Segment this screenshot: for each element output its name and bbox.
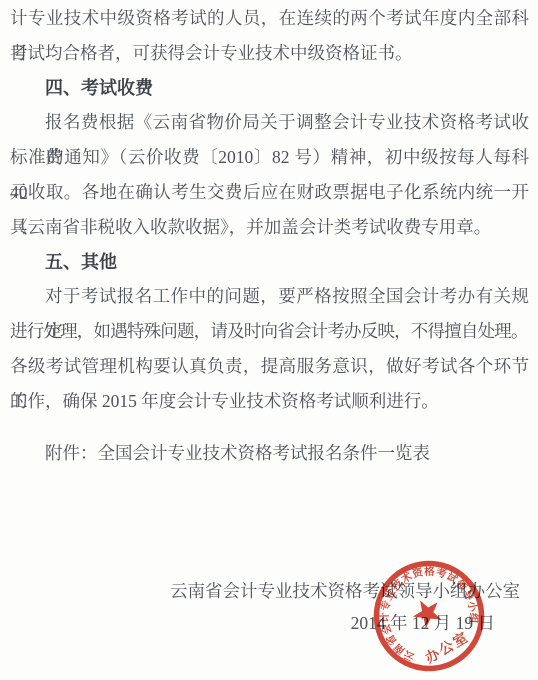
- body-line: 报名费根据《云南省物价局关于调整会计专业技术资格考试收费: [10, 105, 529, 140]
- issuing-office-signature: 云南省会计专业技术资格考试领导小组办公室: [170, 578, 520, 603]
- body-line: 考试均合格者，可获得会计专业技术中级资格证书。: [10, 36, 529, 71]
- body-line: 标准的通知》（云价收费〔2010〕82 号）精神，初中级按每人每科 40: [10, 140, 529, 175]
- body-line: 各级考试管理机构要认真负责，提高服务意识，做好考试各个环节的: [10, 349, 529, 384]
- body-line: 元收取。各地在确认考生交费后应在财政票据电子化系统内统一开具: [10, 175, 529, 210]
- section-heading-fees: 四、考试收费: [10, 71, 529, 106]
- document-page: 计专业技术中级资格考试的人员，在连续的两个考试年度内全部科目 考试均合格者，可获…: [0, 0, 538, 680]
- body-line: 对于考试报名工作中的问题，要严格按照全国会计考办有关规定: [10, 279, 529, 314]
- body-line: 工作，确保 2015 年度会计专业技术资格考试顺利进行。: [10, 384, 529, 419]
- section-heading-other: 五、其他: [10, 245, 529, 280]
- document-body: 计专业技术中级资格考试的人员，在连续的两个考试年度内全部科目 考试均合格者，可获…: [10, 1, 529, 419]
- body-line: 计专业技术中级资格考试的人员，在连续的两个考试年度内全部科目: [10, 1, 529, 36]
- attachment-line: 附件：全国会计专业技术资格考试报名条件一览表: [45, 440, 430, 465]
- body-line: 进行处理，如遇特殊问题，请及时向省会计考办反映，不得擅自处理。: [10, 314, 529, 349]
- issue-date: 2014 年 12 月 19 日: [351, 610, 495, 635]
- body-line: 《云南省非税收入收款收据》，并加盖会计类考试收费专用章。: [10, 210, 529, 245]
